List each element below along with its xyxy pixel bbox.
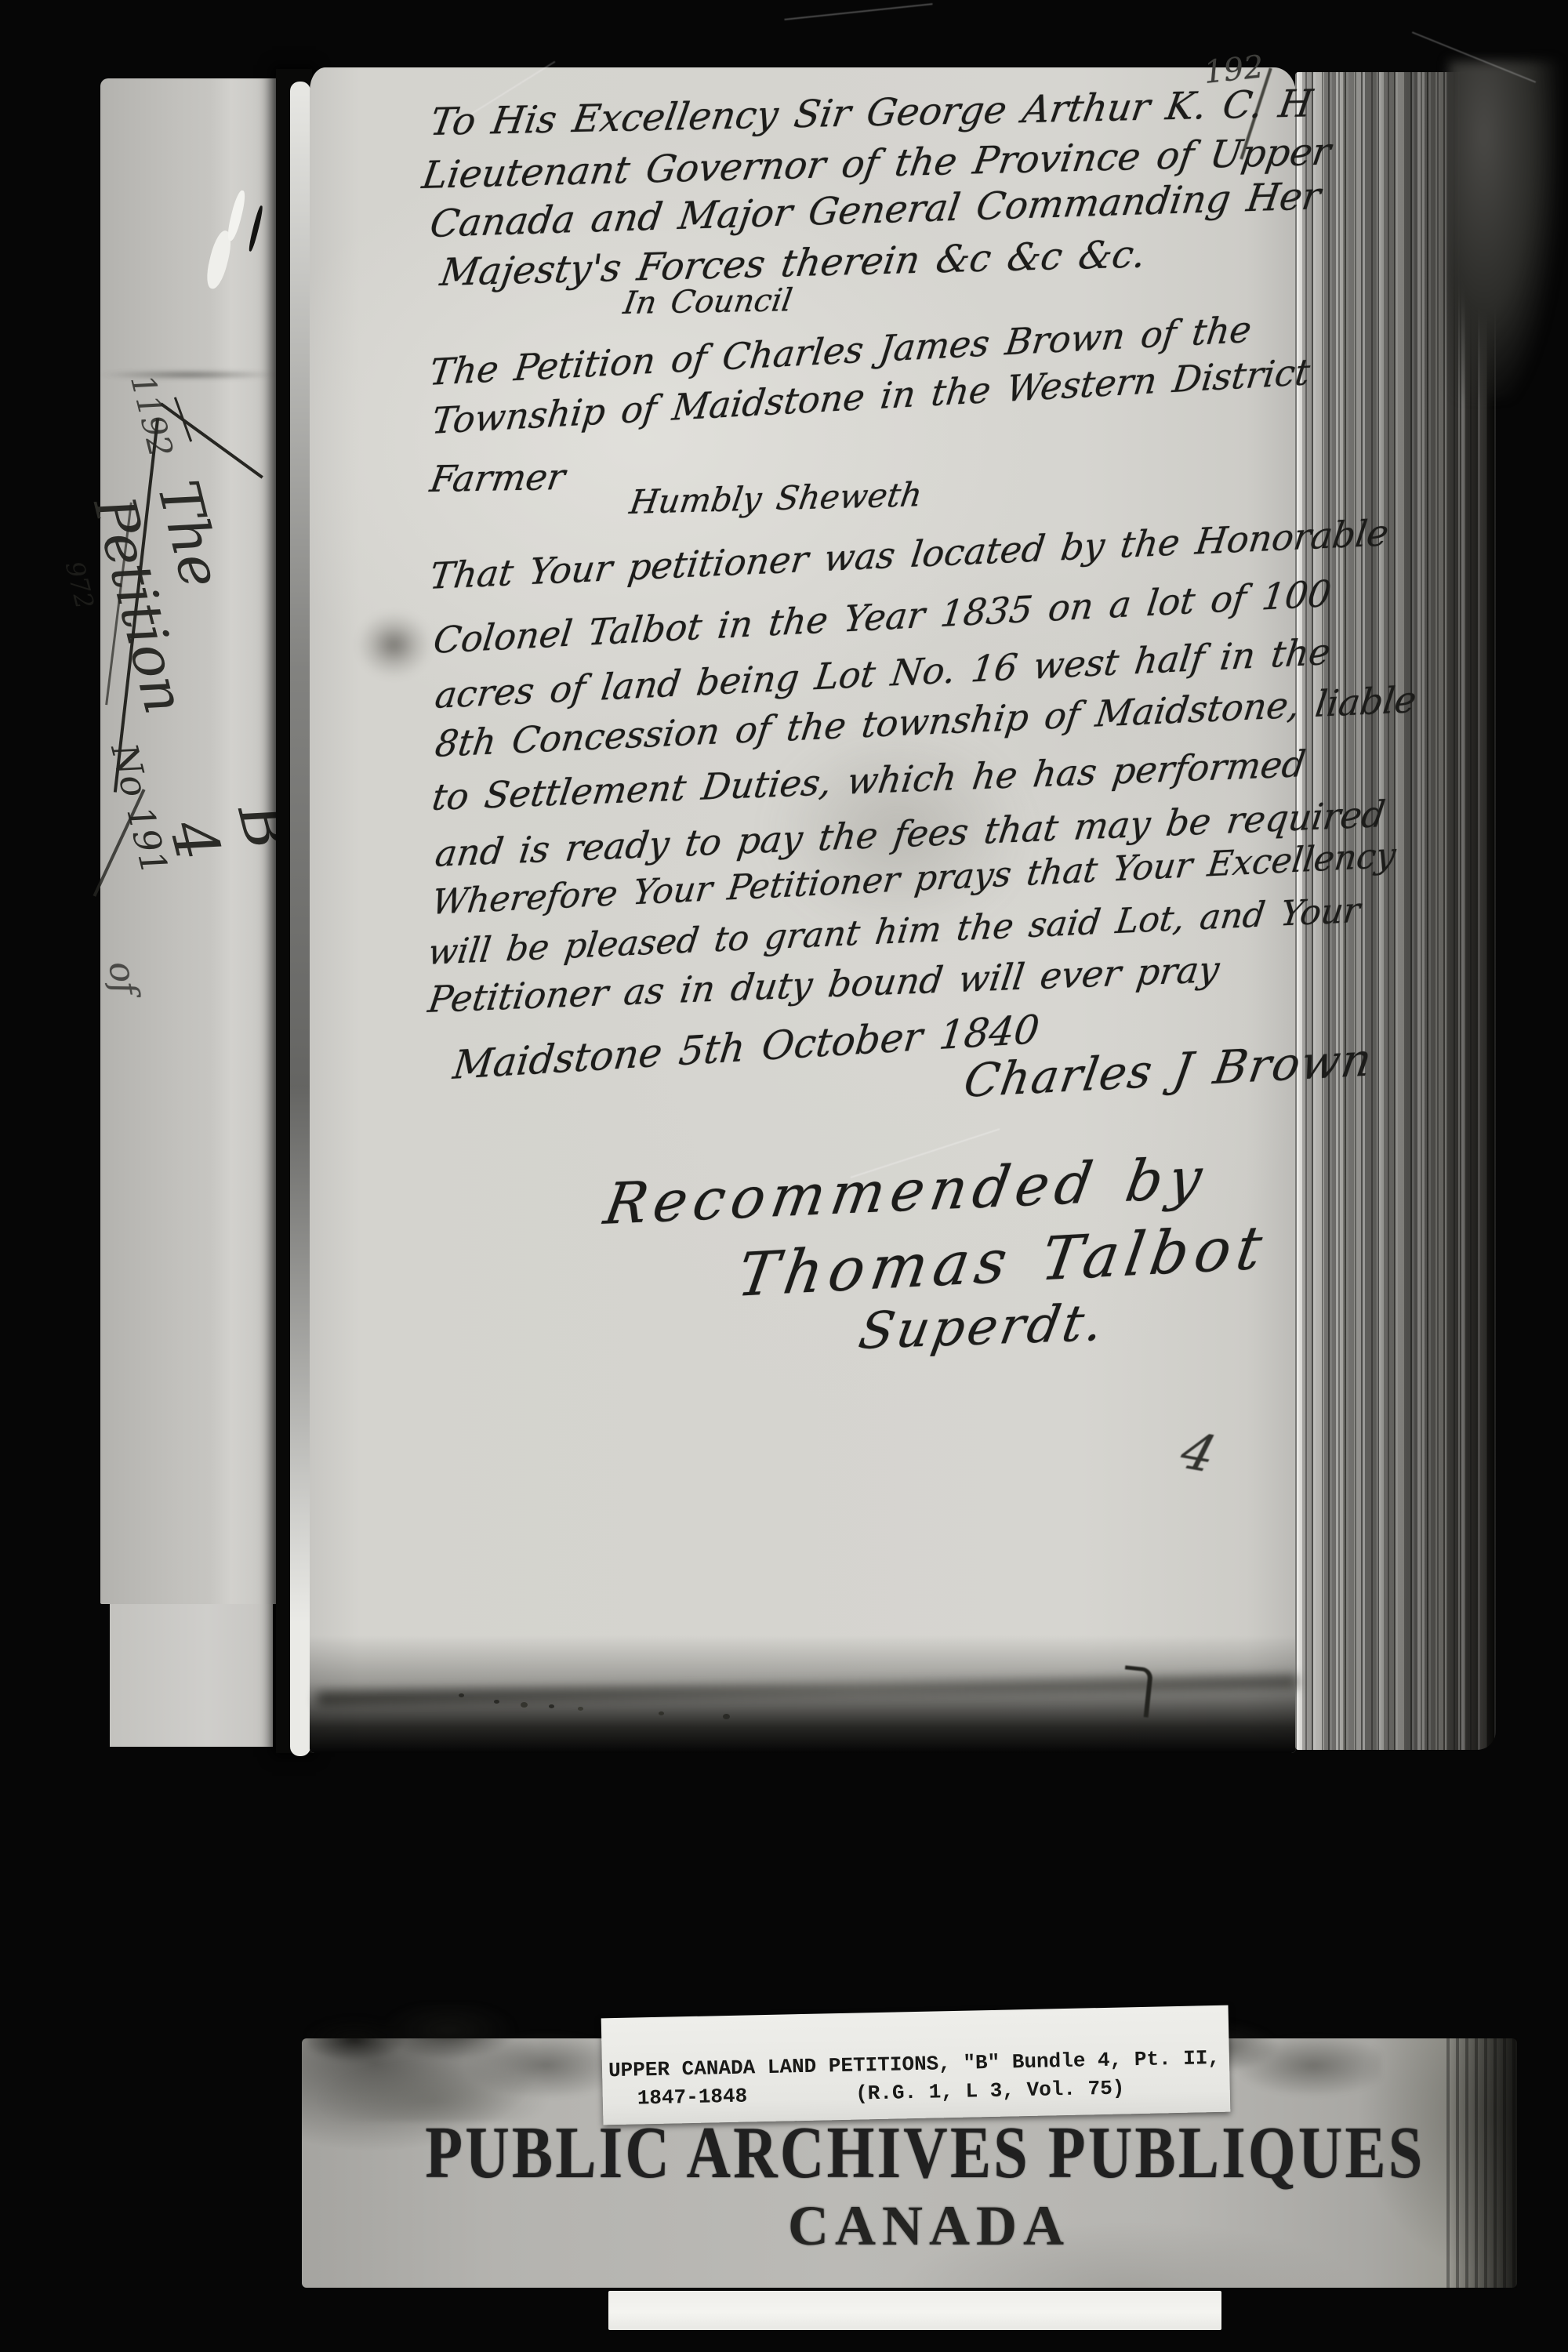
bottom-paper-strip [608, 2291, 1221, 2330]
binding-shadow [1449, 61, 1559, 398]
microfilm-scan: 1192 The Petition B 4 972 No 191 of 192 … [0, 0, 1568, 2352]
tape-stain-left [307, 2004, 621, 2122]
endorsement-of-word: of [100, 958, 146, 998]
ink-specks [459, 1693, 464, 1697]
handwriting-line: Farmer [427, 456, 568, 500]
stray-pen-curl [1120, 1665, 1153, 1717]
typed-reference-label: UPPER CANADA LAND PETITIONS, "B" Bundle … [601, 2005, 1231, 2125]
reference-label-rg: (R.G. 1, L 3, Vol. 75) [855, 2076, 1125, 2105]
page-edge-highlight [290, 82, 310, 1756]
archives-subtitle: CANADA [788, 2194, 1070, 2259]
left-page-bottom-piece [110, 1604, 273, 1747]
reference-label-years: 1847-1848 [637, 2085, 747, 2111]
handwriting-line: In Council [621, 282, 795, 321]
film-scratch [784, 3, 932, 20]
card-edge-streaks [1446, 2038, 1517, 2288]
endorsement-faint-number: 972 [60, 558, 100, 612]
recommender-title: Superdt. [855, 1294, 1110, 1361]
ink-smudge [357, 612, 431, 678]
handwriting-line: Humbly Sheweth [627, 475, 925, 521]
archives-title: PUBLIC ARCHIVES PUBLIQUES [425, 2111, 1425, 2195]
endorsement-number: 1192 [123, 371, 180, 462]
